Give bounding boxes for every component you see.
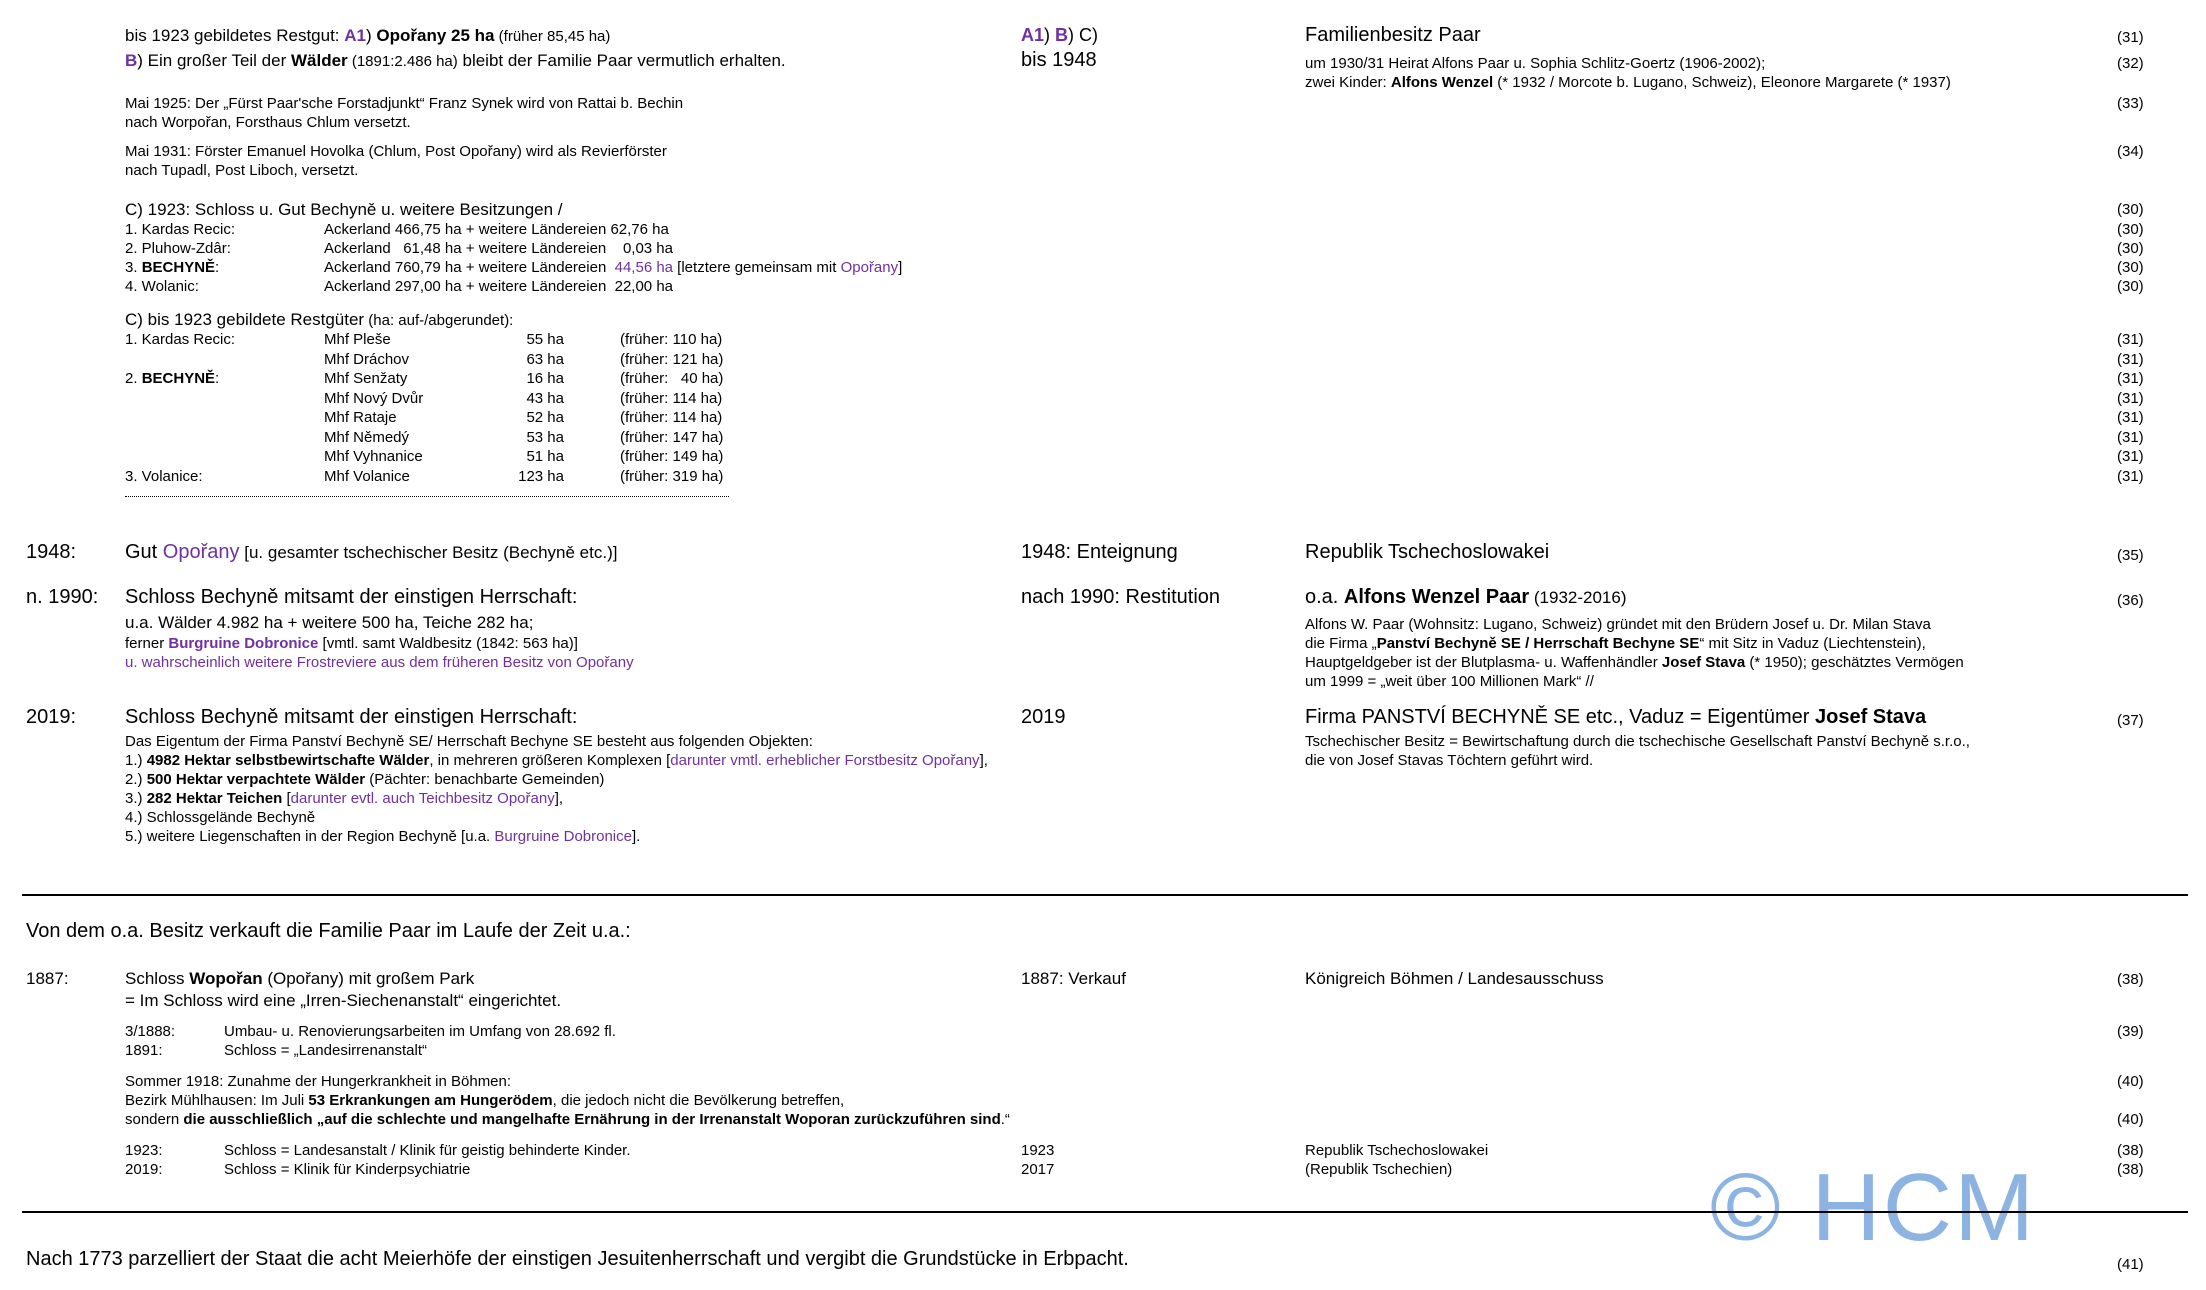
ref: (30) (2117, 278, 2144, 295)
note-mai-1925-cont: nach Worpořan, Forsthaus Chlum versetzt. (125, 114, 411, 131)
hunger-note: Bezirk Mühlhausen: Im Juli 53 Erkrankung… (125, 1092, 844, 1109)
list-item: 5.) weitere Liegenschaften in der Region… (125, 828, 640, 845)
ref: (40) (2117, 1073, 2144, 1090)
restgut-line: bis 1923 gebildetes Restgut: A1) Opořany… (125, 26, 610, 46)
event-2019-title: Schloss Bechyně mitsamt der einstigen He… (125, 706, 577, 729)
table-row: 1. Kardas Recic: Mhf Pleše 55 ha (früher… (125, 331, 723, 351)
note-mai-1931: Mai 1931: Förster Emanuel Hovolka (Chlum… (125, 143, 667, 160)
ref: (36) (2117, 592, 2144, 609)
sold-heading: Von dem o.a. Besitz verkauft die Familie… (26, 920, 631, 943)
ref: (31) (2117, 370, 2144, 387)
sub-col4: Republik Tschechoslowakei (1305, 1142, 1488, 1159)
ref: (31) (2117, 29, 2144, 46)
sub-year: 1923: (125, 1142, 163, 1159)
c1923-region: 3. BECHYNĚ: (125, 259, 219, 276)
sub-year: 2019: (125, 1161, 163, 1178)
ref: (30) (2117, 201, 2144, 218)
year-1990: n. 1990: (26, 586, 98, 609)
ref: (34) (2117, 143, 2144, 160)
table-row: Mhf Nový Dvůr 43 ha (früher: 114 ha) (125, 390, 723, 410)
event-1990-detail: die Firma „Panství Bechyně SE / Herrscha… (1305, 635, 1926, 652)
event-2019-detail: die von Josef Stavas Töchtern geführt wi… (1305, 752, 1593, 769)
year-2019: 2019: (26, 706, 76, 729)
note-mai-1931-cont: nach Tupadl, Post Liboch, versetzt. (125, 162, 358, 179)
restgueter-table: 1. Kardas Recic: Mhf Pleše 55 ha (früher… (125, 331, 723, 487)
owner-children: zwei Kinder: Alfons Wenzel (* 1932 / Mor… (1305, 74, 1951, 91)
table-row: 2. BECHYNĚ: Mhf Senžaty 16 ha (früher: 4… (125, 370, 723, 390)
ref: (32) (2117, 55, 2144, 72)
list-item: 1.) 4982 Hektar selbstbewirtschafte Wäld… (125, 752, 988, 769)
c1923-region: 4. Wolanic: (125, 278, 199, 295)
list-item: 3.) 282 Hektar Teichen [darunter evtl. a… (125, 790, 563, 807)
dotted-divider (125, 496, 729, 497)
c1923-area: Ackerland 297,00 ha + weitere Ländereien… (324, 278, 673, 295)
restgueter-title: C) bis 1923 gebildete Restgüter (ha: auf… (125, 310, 513, 330)
ref: (31) (2117, 448, 2144, 465)
c1923-region: 2. Pluhow-Zdâr: (125, 240, 231, 257)
section-divider (22, 1211, 2188, 1213)
note-mai-1925: Mai 1925: Der „Fürst Paar'sche Forstadju… (125, 95, 683, 112)
sub-col3: 2017 (1021, 1161, 1054, 1178)
ref: (30) (2117, 259, 2144, 276)
table-row: Mhf Dráchov 63 ha (früher: 121 ha) (125, 351, 723, 371)
event-1990-detail: Hauptgeldgeber ist der Blutplasma- u. Wa… (1305, 654, 1964, 671)
ref: (38) (2117, 971, 2144, 988)
table-row: Mhf Vyhnanice 51 ha (früher: 149 ha) (125, 448, 723, 468)
ref: (30) (2117, 221, 2144, 238)
owner-title: Familienbesitz Paar (1305, 24, 1481, 47)
sub-text: Schloss = Landesanstalt / Klinik für gei… (224, 1142, 631, 1159)
event-2019-owner: Firma PANSTVÍ BECHYNĚ SE etc., Vaduz = E… (1305, 706, 1926, 729)
sub-year: 1891: (125, 1042, 163, 1059)
ref: (41) (2117, 1256, 2144, 1273)
event-1990-line1: u.a. Wälder 4.982 ha + weitere 500 ha, T… (125, 613, 533, 633)
sold-1887-type: 1887: Verkauf (1021, 969, 1126, 989)
event-1990-detail: um 1999 = „weit über 100 Millionen Mark“… (1305, 673, 1594, 690)
section-divider (22, 894, 2188, 896)
waelder-line: B) Ein großer Teil der Wälder (1891:2.48… (125, 51, 786, 71)
event-2019-year: 2019 (1021, 706, 1066, 729)
hunger-note: Sommer 1918: Zunahme der Hungerkrankheit… (125, 1073, 511, 1090)
table-row: Mhf Rataje 52 ha (früher: 114 ha) (125, 409, 723, 429)
sub-text: Schloss = Klinik für Kinderpsychiatrie (224, 1161, 470, 1178)
table-row: 3. Volanice: Mhf Volanice 123 ha (früher… (125, 468, 723, 488)
sold-1887-line2: = Im Schloss wird eine „Irren-Siechenans… (125, 991, 561, 1011)
event-1990-title: Schloss Bechyně mitsamt der einstigen He… (125, 586, 577, 609)
event-1990-detail: Alfons W. Paar (Wohnsitz: Lugano, Schwei… (1305, 616, 1931, 633)
c1923-region: 1. Kardas Recic: (125, 221, 235, 238)
ref: (31) (2117, 351, 2144, 368)
event-1990-owner: o.a. Alfons Wenzel Paar (1932-2016) (1305, 586, 1627, 609)
ref: (38) (2117, 1142, 2144, 1159)
ref: (31) (2117, 468, 2144, 485)
period-until: bis 1948 (1021, 49, 1097, 72)
sold-1887-line1: Schloss Wopořan (Opořany) mit großem Par… (125, 969, 474, 989)
list-item: 2.) 500 Hektar verpachtete Wälder (Pächt… (125, 771, 604, 788)
ref: (31) (2117, 331, 2144, 348)
footer-text: Nach 1773 parzelliert der Staat die acht… (26, 1248, 1129, 1271)
ref: (38) (2117, 1161, 2144, 1178)
c1923-title: C) 1923: Schloss u. Gut Bechyně u. weite… (125, 200, 563, 220)
event-1990-type: nach 1990: Restitution (1021, 586, 1220, 609)
sub-col3: 1923 (1021, 1142, 1054, 1159)
sub-year: 3/1888: (125, 1023, 175, 1040)
sub-text: Schloss = „Landesirrenanstalt“ (224, 1042, 427, 1059)
sub-col4: (Republik Tschechien) (1305, 1161, 1452, 1178)
event-2019-intro: Das Eigentum der Firma Panství Bechyně S… (125, 733, 813, 750)
ref: (40) (2117, 1111, 2144, 1128)
ref: (35) (2117, 547, 2144, 564)
event-2019-detail: Tschechischer Besitz = Bewirtschaftung d… (1305, 733, 1970, 750)
c1923-area: Ackerland 61,48 ha + weitere Ländereien … (324, 240, 673, 257)
c1923-area: Ackerland 760,79 ha + weitere Ländereien… (324, 259, 902, 276)
ref: (33) (2117, 95, 2144, 112)
event-1948-type: 1948: Enteignung (1021, 541, 1178, 564)
copyright-watermark: © HCM (1710, 1160, 2036, 1256)
year-1887: 1887: (26, 969, 69, 989)
ref: (39) (2117, 1023, 2144, 1040)
ref: (31) (2117, 429, 2144, 446)
ref: (31) (2117, 409, 2144, 426)
event-1948-owner: Republik Tschechoslowakei (1305, 541, 1549, 564)
sold-1887-buyer: Königreich Böhmen / Landesausschuss (1305, 969, 1604, 989)
table-row: Mhf Němedý 53 ha (früher: 147 ha) (125, 429, 723, 449)
period-label: A1) B) C) (1021, 25, 1098, 46)
ref: (37) (2117, 712, 2144, 729)
ref: (30) (2117, 240, 2144, 257)
c1923-area: Ackerland 466,75 ha + weitere Ländereien… (324, 221, 669, 238)
year-1948: 1948: (26, 541, 76, 564)
hunger-note: sondern die ausschließlich „auf die schl… (125, 1111, 1010, 1128)
event-1948: Gut Opořany [u. gesamter tschechischer B… (125, 541, 617, 564)
sub-text: Umbau- u. Renovierungsarbeiten im Umfang… (224, 1023, 616, 1040)
list-item: 4.) Schlossgelände Bechyně (125, 809, 315, 826)
ref: (31) (2117, 390, 2144, 407)
event-1990-line2: ferner Burgruine Dobronice [vmtl. samt W… (125, 635, 578, 652)
event-1990-line3: u. wahrscheinlich weitere Frostreviere a… (125, 654, 634, 671)
owner-marriage: um 1930/31 Heirat Alfons Paar u. Sophia … (1305, 55, 1765, 72)
